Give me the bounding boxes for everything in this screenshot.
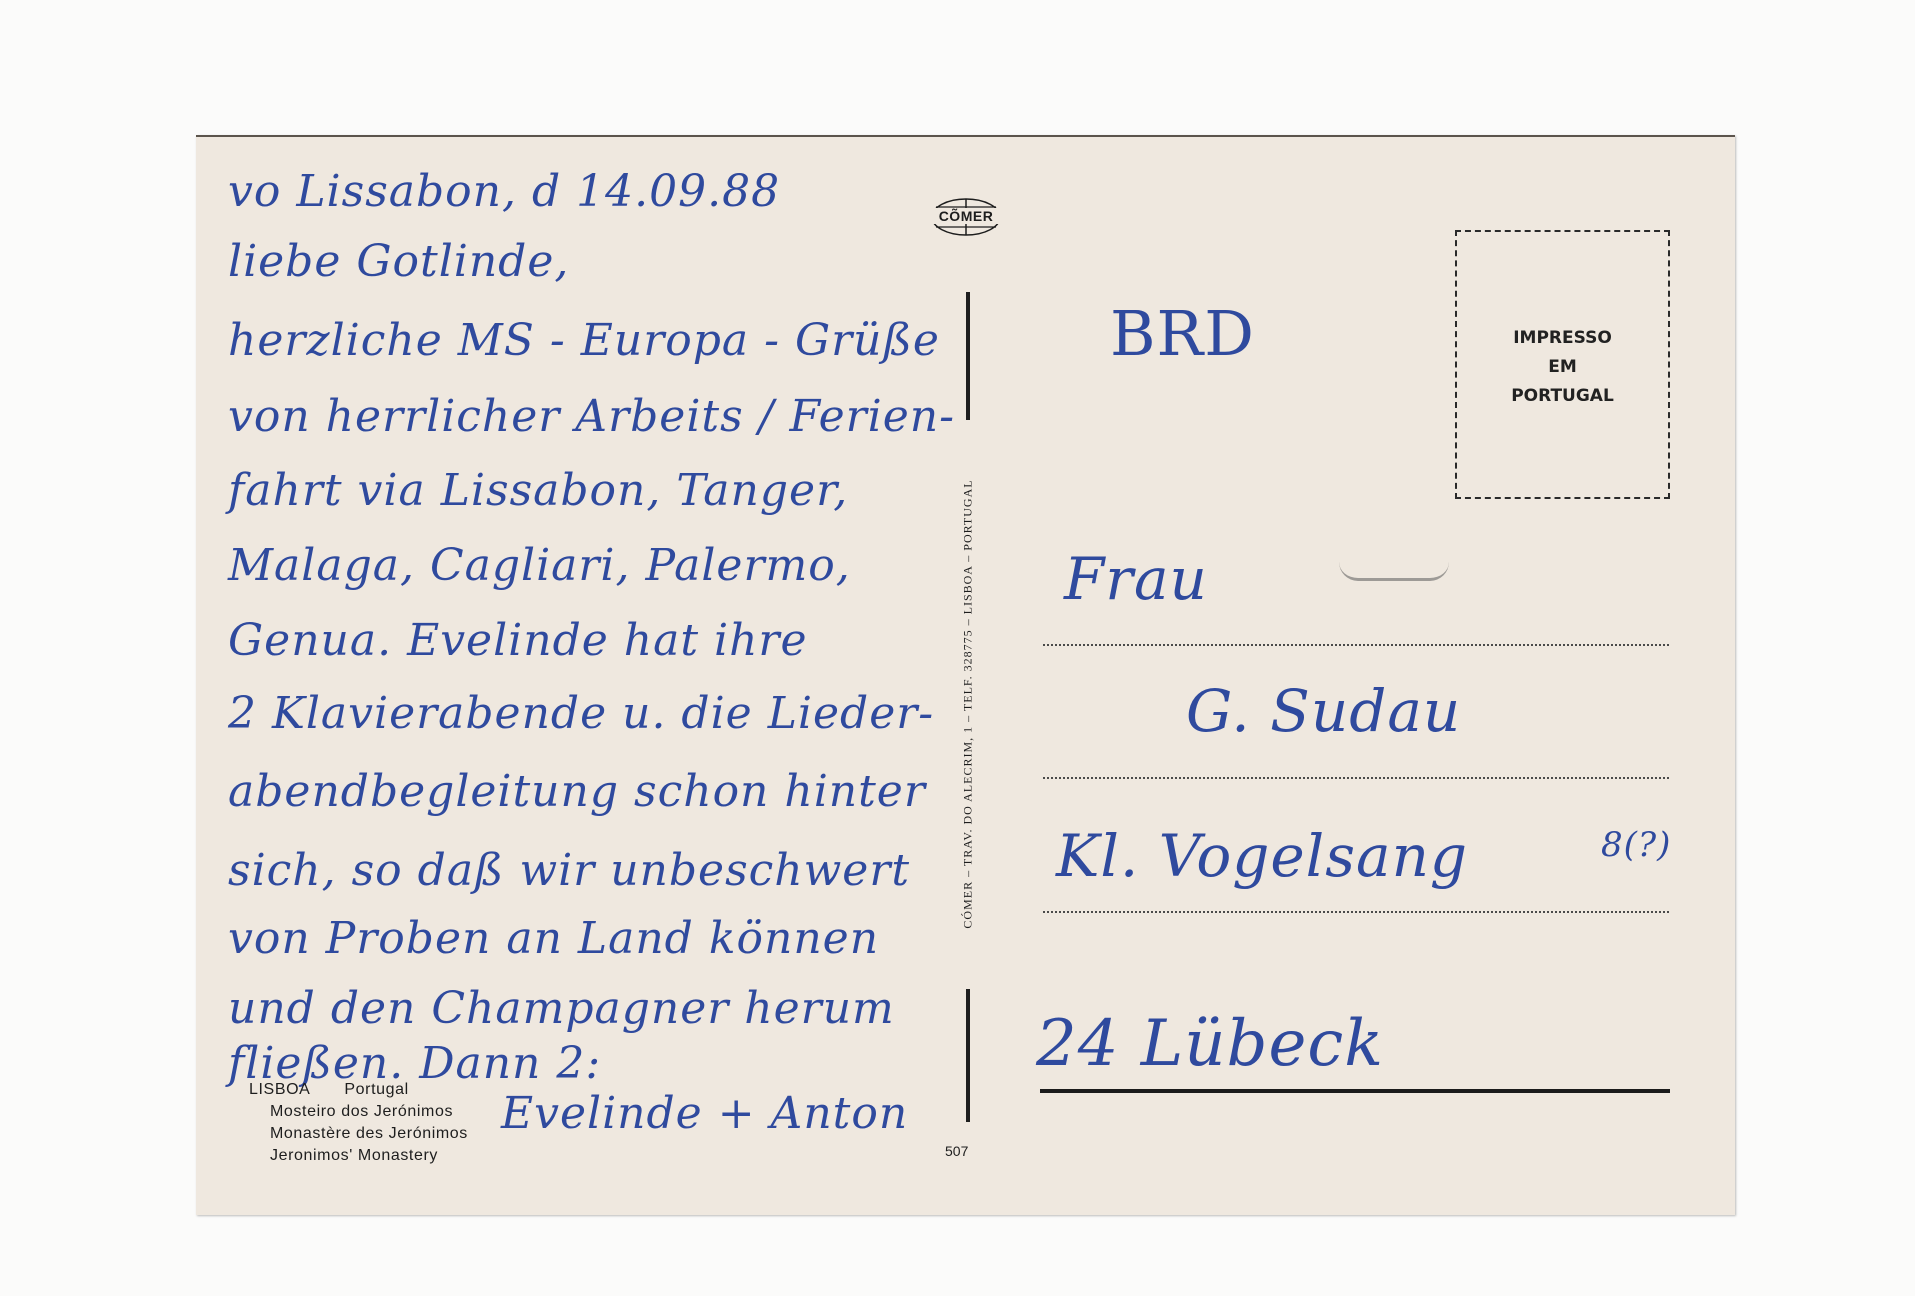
caption-line: Mosteiro dos Jerónimos xyxy=(249,1101,468,1123)
publisher-logo: CÕMER xyxy=(930,197,1002,237)
stamp-text-line: EM xyxy=(1457,353,1668,382)
message-line: abendbegleitung schon hinter xyxy=(228,770,926,814)
message-line: von Proben an Land können xyxy=(228,917,879,961)
caption-line: Monastère des Jerónimos xyxy=(249,1123,468,1145)
divider-top xyxy=(966,292,970,420)
address-line-2 xyxy=(1043,777,1669,779)
publisher-logo-text: CÕMER xyxy=(930,208,1002,224)
address-line-4 xyxy=(1040,1089,1670,1093)
photo-caption: LISBOA Portugal Mosteiro dos Jerónimos M… xyxy=(249,1079,468,1167)
message-line: herzliche MS - Europa - Grüße xyxy=(228,319,940,363)
address-house-number: 8(?) xyxy=(1601,825,1671,865)
postmark-smudge xyxy=(1339,562,1449,581)
caption-country: Portugal xyxy=(344,1079,408,1101)
publisher-imprint-text: CÓMER – TRAV. DO ALECRIM, 1 – TELF. 3287… xyxy=(961,479,976,928)
postcard-back: vo Lissabon, d 14.09.88 liebe Gotlinde, … xyxy=(196,135,1735,1215)
address-salutation: Frau xyxy=(1064,545,1208,613)
address-line-1 xyxy=(1043,644,1669,646)
signature: Evelinde + Anton xyxy=(501,1092,908,1136)
message-line: sich, so daß wir unbeschwert xyxy=(228,849,910,893)
card-number: 507 xyxy=(945,1143,968,1159)
publisher-imprint: CÓMER – TRAV. DO ALECRIM, 1 – TELF. 3287… xyxy=(958,430,978,977)
address-line-3 xyxy=(1043,911,1669,913)
message-line: fahrt via Lissabon, Tanger, xyxy=(228,469,848,513)
stamp-text-line: PORTUGAL xyxy=(1457,382,1668,411)
message-line: vo Lissabon, d 14.09.88 xyxy=(228,170,780,214)
message-line: Genua. Evelinde hat ihre xyxy=(228,619,807,663)
stamp-box: IMPRESSO EM PORTUGAL xyxy=(1455,230,1670,499)
address-street: Kl. Vogelsang xyxy=(1056,822,1468,890)
stamp-text-line: IMPRESSO xyxy=(1457,324,1668,353)
address-name: G. Sudau xyxy=(1186,677,1461,745)
message-line: Malaga, Cagliari, Palermo, xyxy=(228,544,851,588)
caption-line: Jeronimos' Monastery xyxy=(249,1145,468,1167)
message-line: liebe Gotlinde, xyxy=(228,240,569,284)
message-line: von herrlicher Arbeits / Ferien- xyxy=(228,395,955,439)
address-city: 24 Lübeck xyxy=(1036,1007,1384,1081)
caption-city: LISBOA xyxy=(249,1079,310,1101)
address-country: BRD xyxy=(1110,297,1255,370)
divider-bottom xyxy=(966,989,970,1122)
message-line: und den Champagner herum xyxy=(228,987,895,1031)
message-line: 2 Klavierabende u. die Lieder- xyxy=(228,692,934,736)
